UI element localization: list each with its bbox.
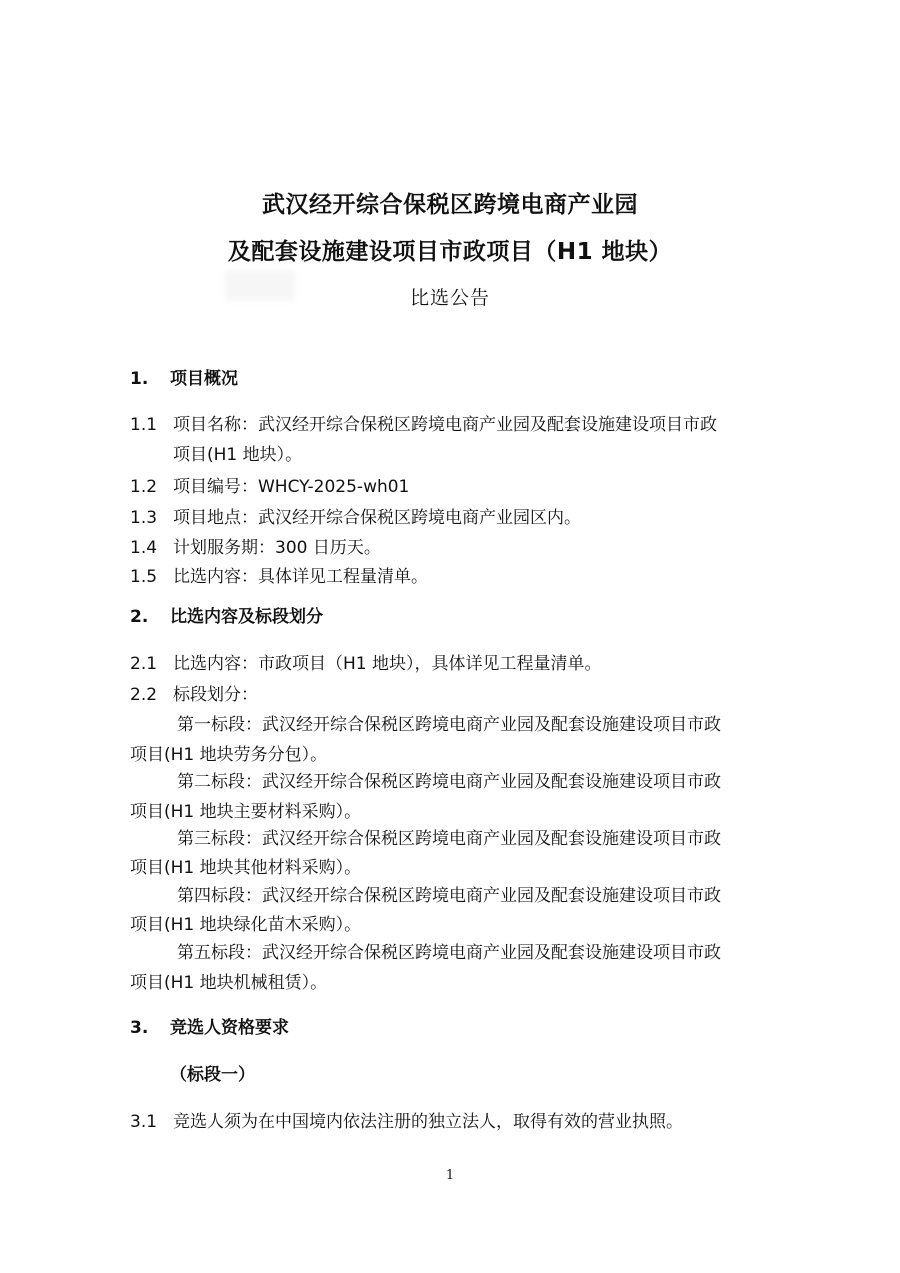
item-1-2: 1.2 项目编号：WHCY-2025-wh01	[130, 476, 409, 498]
document-title-line1: 武汉经开综合保税区跨境电商产业园	[0, 186, 900, 219]
lot-5-line2: 项目(H1 地块机械租赁）。	[130, 972, 327, 994]
item-1-1-cont: 项目(H1 地块）。	[173, 444, 302, 466]
lot-2-line1: 第二标段：武汉经开综合保税区跨境电商产业园及配套设施建设项目市政	[177, 771, 721, 793]
lot-1-line2: 项目(H1 地块劳务分包）。	[130, 744, 327, 766]
lot-4-line2: 项目(H1 地块绿化苗木采购）。	[130, 914, 361, 936]
lot-1-line1: 第一标段：武汉经开综合保税区跨境电商产业园及配套设施建设项目市政	[177, 714, 721, 736]
section-heading-2: 2. 比选内容及标段划分	[130, 606, 323, 628]
lot-one-label: （标段一）	[170, 1064, 255, 1086]
section-heading-3: 3. 竞选人资格要求	[130, 1017, 289, 1039]
item-1-3: 1.3 项目地点：武汉经开综合保税区跨境电商产业园区内。	[130, 507, 581, 529]
item-3-1: 3.1 竞选人须为在中国境内依法注册的独立法人，取得有效的营业执照。	[130, 1111, 683, 1133]
item-2-1: 2.1 比选内容：市政项目（H1 地块），具体详见工程量清单。	[130, 653, 602, 675]
document-title-line2: 及配套设施建设项目市政项目（H1 地块）	[0, 233, 900, 266]
lot-3-line1: 第三标段：武汉经开综合保税区跨境电商产业园及配套设施建设项目市政	[177, 828, 721, 850]
item-1-5: 1.5 比选内容：具体详见工程量清单。	[130, 566, 428, 588]
item-1-4: 1.4 计划服务期：300 日历天。	[130, 537, 381, 559]
lot-5-line1: 第五标段：武汉经开综合保税区跨境电商产业园及配套设施建设项目市政	[177, 942, 721, 964]
document-subtitle: 比选公告	[0, 283, 900, 310]
lot-2-line2: 项目(H1 地块主要材料采购）。	[130, 801, 361, 823]
lot-3-line2: 项目(H1 地块其他材料采购）。	[130, 857, 361, 879]
item-1-1: 1.1 项目名称：武汉经开综合保税区跨境电商产业园及配套设施建设项目市政	[130, 414, 770, 436]
section-heading-1: 1. 项目概况	[130, 368, 238, 390]
lot-4-line1: 第四标段：武汉经开综合保税区跨境电商产业园及配套设施建设项目市政	[177, 885, 721, 907]
page-number: 1	[0, 1168, 900, 1183]
item-2-2: 2.2 标段划分：	[130, 684, 258, 706]
